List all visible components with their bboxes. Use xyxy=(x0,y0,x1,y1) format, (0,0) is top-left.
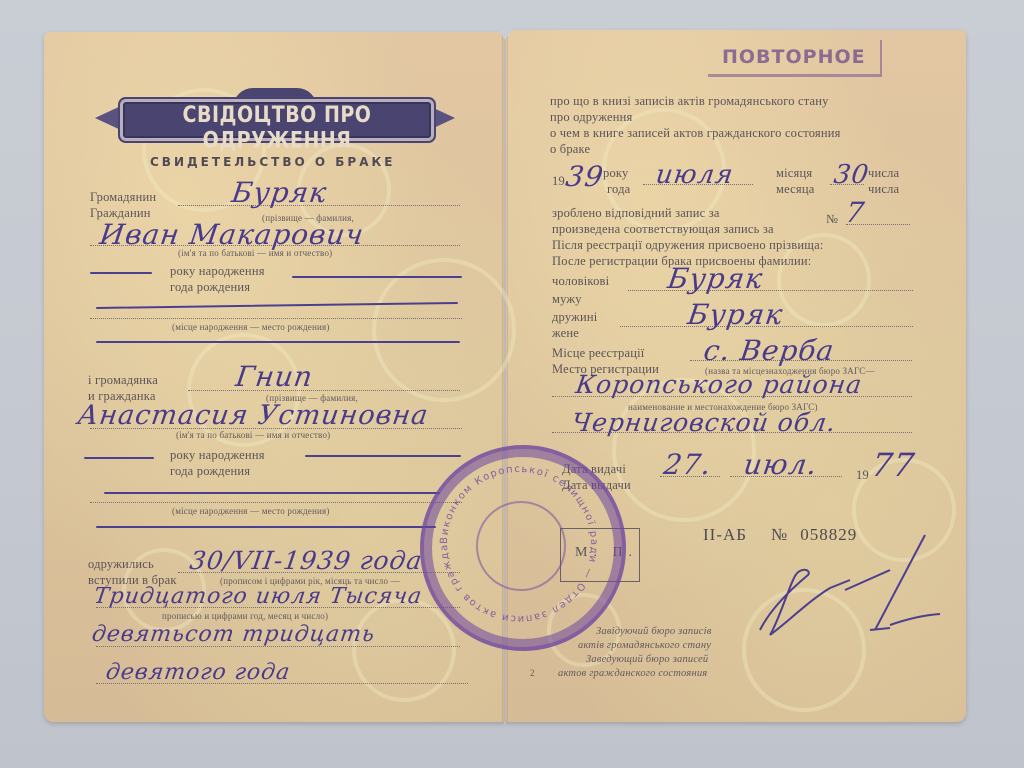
head-title-ru-2: актов гражданского состояния xyxy=(558,668,707,679)
marriage-date-numeric: 30/VII-1939 года xyxy=(188,546,425,575)
husband-birthplace-dash-2 xyxy=(96,341,460,343)
wife-name-caption: (ім'я та по батькові — имя и отчество) xyxy=(176,430,330,440)
record-text-ru-1: о чем в книге записей актов гражданского… xyxy=(550,126,841,141)
seal-text-ring: Виконком Коропської селищної ради — Отде… xyxy=(424,449,614,639)
title-ua: СВІДОЦТВО ПРО ОДРУЖЕННЯ xyxy=(123,103,431,154)
record-month: июля xyxy=(654,160,736,190)
husband-name-patronymic: Иван Макарович xyxy=(98,218,367,251)
record-month-label-ua: місяця xyxy=(776,166,812,181)
issue-day: 27. xyxy=(662,448,714,481)
entry-label-ru: произведена соответствующая запись за xyxy=(552,222,774,237)
wife-name-patronymic: Анастасия Устиновна xyxy=(76,400,431,431)
svg-text:Виконком Коропської селищної р: Виконком Коропської селищної ради — Отде… xyxy=(424,449,599,624)
husband-new-surname: Буряк xyxy=(666,262,766,295)
husband-birthplace-line xyxy=(90,318,462,319)
marriage-date-words-3: девятого года xyxy=(104,660,292,685)
seal-text: Виконком Коропської селищної ради — Отде… xyxy=(424,449,599,624)
record-year-prefix: 19 xyxy=(552,174,565,189)
registration-place-1: с. Верба xyxy=(702,334,837,367)
husband-label-ua: Громадянин xyxy=(90,190,156,205)
record-text-ua-1: про що в книзі записів актів громадянськ… xyxy=(550,94,829,109)
page-number: 2 xyxy=(530,668,535,678)
husband-birth-year-label-ua: року народження xyxy=(170,264,265,279)
marriage-date-caption-ru: прописью и цифрами год, месяц и число) xyxy=(162,611,328,621)
wife-surname-line xyxy=(188,390,460,391)
husband-surname: Буряк xyxy=(230,176,330,209)
husband-birth-year-label-ru: года рождения xyxy=(170,280,250,295)
surnames-assigned-ua: Після реєстрації одружения присвоено прі… xyxy=(552,238,824,253)
wife-birthplace-dash-2 xyxy=(96,526,436,528)
record-month-label-ru: месяца xyxy=(776,182,815,197)
head-title-ru-1: Заведующий бюро записей xyxy=(586,654,708,665)
wife-birthplace-line xyxy=(90,502,462,503)
record-text-ru-2: о браке xyxy=(550,142,590,157)
wife-birthplace-caption: (місце народження — место рождения) xyxy=(172,506,330,516)
record-year: 39 xyxy=(564,160,606,193)
wife-label-ua-right: дружині xyxy=(552,310,597,325)
official-round-seal: Виконком Коропської селищної ради — Отде… xyxy=(420,445,626,651)
husband-birth-year-dash-2 xyxy=(292,276,462,278)
entry-label-ua: зроблено відповідний запис за xyxy=(552,206,720,221)
certificate-title-banner: СВІДОЦТВО ПРО ОДРУЖЕННЯ xyxy=(93,88,457,146)
record-day: 30 xyxy=(832,160,871,190)
record-day-label-ru: числа xyxy=(868,182,899,197)
marriage-date-words-2: девятьсот тридцать xyxy=(90,622,376,647)
head-title-ua-2: актів громадянського стану xyxy=(578,640,711,651)
wife-birth-year-dash xyxy=(84,457,154,459)
record-day-label-ua: числа xyxy=(868,166,899,181)
marriage-date-words-1: Тридцатого июля Тысяча xyxy=(92,584,424,609)
record-year-label-ua: року xyxy=(603,166,628,181)
husband-birth-year-dash xyxy=(90,272,152,274)
issue-month: июл. xyxy=(742,448,820,481)
husband-label-ru-right: мужу xyxy=(552,292,582,307)
wife-birth-year-label-ua: року народження xyxy=(170,448,265,463)
wife-birthplace-dash xyxy=(104,492,440,494)
husband-name-caption: (ім'я та по батькові — имя и отчество) xyxy=(178,248,332,258)
record-year-label-ru: года xyxy=(607,182,630,197)
issue-year: 77 xyxy=(869,446,917,484)
husband-birthplace-caption: (місце народження — место рождения) xyxy=(172,322,330,332)
issue-year-prefix: 19 xyxy=(856,468,869,483)
wife-label-ua: і громадянка xyxy=(88,373,158,388)
husband-label-ua-right: чоловікові xyxy=(552,274,609,289)
ornament-left xyxy=(95,104,125,132)
wife-surname: Гнип xyxy=(234,360,316,393)
entry-number-sign: № xyxy=(826,212,838,227)
registration-place-3: Черниговской обл. xyxy=(570,408,838,437)
title-ru: СВИДЕТЕЛЬСТВО О БРАКЕ xyxy=(150,155,396,169)
registration-place-label-ua: Місце реєстрації xyxy=(552,346,644,361)
certificate-series: II-АБ xyxy=(703,525,747,544)
married-label-ua: одружились xyxy=(88,557,154,572)
wife-label-ru-right: жене xyxy=(552,326,579,341)
registration-place-2: Коропського района xyxy=(574,370,864,399)
duplicate-stamp-text: ПОВТОРНОЕ xyxy=(722,46,866,68)
record-text-ua-2: про одруження xyxy=(550,110,632,125)
wife-new-surname: Буряк xyxy=(686,298,786,331)
wife-birth-year-label-ru: года рождения xyxy=(170,464,250,479)
signature xyxy=(750,530,950,650)
duplicate-stamp: ПОВТОРНОЕ xyxy=(708,40,882,77)
